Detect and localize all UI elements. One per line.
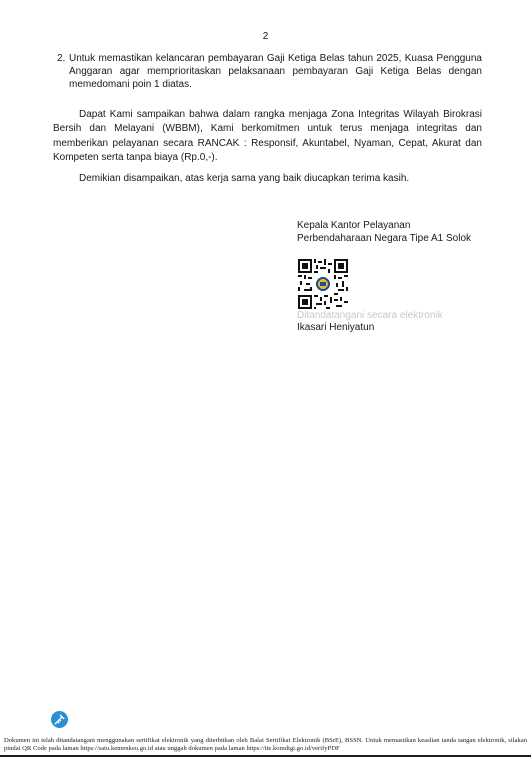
paragraph-integrity: Dapat Kami sampaikan bahwa dalam rangka … (53, 108, 482, 165)
list-item-number: 2. (57, 52, 65, 65)
document-page: 2 2. Untuk memastikan kelancaran pembaya… (0, 0, 531, 757)
paragraph-closing: Demikian disampaikan, atas kerja sama ya… (53, 172, 482, 186)
signer-name: Ikasari Heniyatun (297, 322, 374, 333)
list-item-2: 2. Untuk memastikan kelancaran pembayara… (57, 52, 482, 91)
list-item-text: Untuk memastikan kelancaran pembayaran G… (69, 52, 482, 91)
qr-code-icon (298, 259, 348, 309)
signature-title-line1: Kepala Kantor Pelayanan (297, 219, 471, 232)
signed-electronically-note: Ditandatangani secara elektronik (297, 310, 443, 321)
esign-pen-icon (51, 711, 68, 728)
footer-disclaimer: Dokumen ini telah ditandatangani menggun… (4, 737, 527, 753)
page-number: 2 (0, 31, 531, 42)
signature-title-line2: Perbendaharaan Negara Tipe A1 Solok (297, 232, 471, 245)
signature-title: Kepala Kantor Pelayanan Perbendaharaan N… (297, 219, 471, 245)
